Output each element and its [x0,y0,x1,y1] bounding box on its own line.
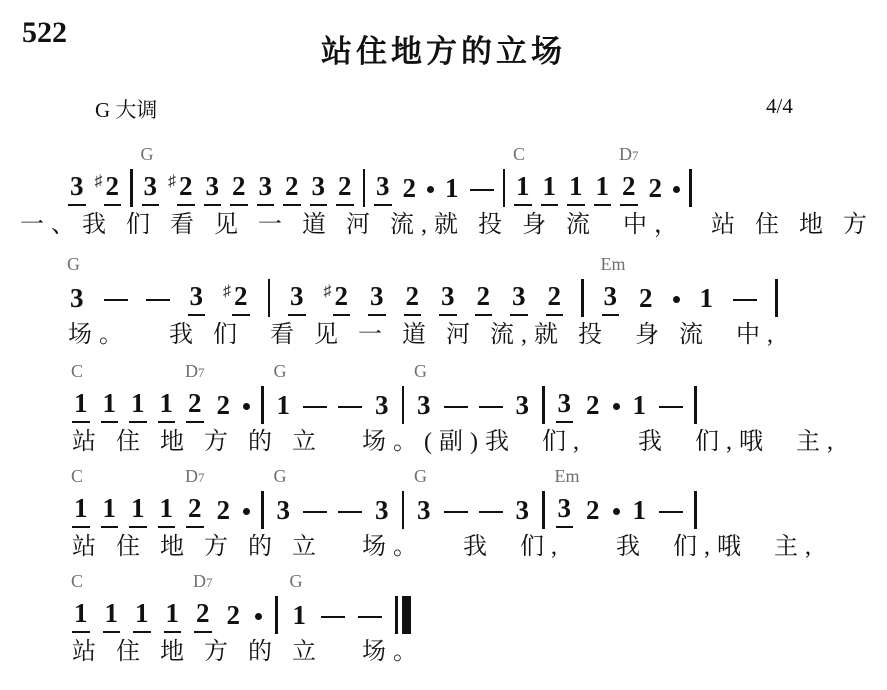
chord-label: G [274,467,287,485]
notation-line: C1111D722G33G33Em321 [72,462,818,528]
note-token: D72 [620,166,638,206]
sharp-icon: ♯ [223,284,231,300]
note-token: 2 [584,488,602,528]
note-token: 2 [215,383,233,423]
note-token: 2 [404,276,422,316]
note-token: 3 [204,166,222,206]
chord-label: Em [601,255,626,273]
note-token: 1 [594,166,612,206]
note-token: ♯2 [168,166,195,206]
barline [402,383,405,423]
chord-label: G [274,362,287,380]
note-token: 3 [68,166,86,206]
note-token: 3 [510,276,528,316]
music-system: C1111D722G13G33321 站 住 地 方 的 立 场。(副)我 们,… [72,357,840,457]
duration-dash [733,276,757,316]
chord-label: D7 [193,572,213,590]
note-token: G3 [68,276,86,316]
lyrics-line: 站 住 地 方 的 立 场。(副)我 们, 我 们,哦 主, [72,428,840,457]
note-token: Em3 [556,488,574,528]
note-token: 2 [230,166,248,206]
note-token: 1 [631,488,649,528]
note-token: 1 [631,383,649,423]
augmentation-dot [613,488,620,528]
note-token: G1 [291,593,309,633]
duration-dash [444,383,468,423]
augmentation-dot [243,383,250,423]
note-token: 1 [101,383,119,423]
final-barline [395,593,411,633]
note-token: 3 [310,166,328,206]
barline [542,383,545,423]
note-token: G3 [142,166,160,206]
note-token: 2 [225,593,243,633]
duration-dash [358,593,382,633]
note-token: ♯2 [95,166,122,206]
note-token: 2 [475,276,493,316]
note-token: C1 [72,593,90,633]
chord-label: D7 [619,145,639,163]
note-token: G3 [275,488,293,528]
time-signature: 4/4 [766,94,793,119]
note-token: D72 [186,488,204,528]
chord-label: G [67,255,80,273]
duration-dash [303,488,327,528]
chord-label: D7 [185,467,205,485]
note-token: 3 [373,383,391,423]
note-token: 1 [443,166,461,206]
lyrics-line: 站 住 地 方 的 立 场。 [72,638,424,667]
duration-dash [659,488,683,528]
notation-line: C1111D722G13G33321 [72,357,840,423]
music-system: C1111D722G33G33Em321 站 住 地 方 的 立 场。 我 们,… [72,462,818,562]
note-token: 1 [158,488,176,528]
augmentation-dot [613,383,620,423]
note-token: 2 [283,166,301,206]
note-token: 2 [637,276,655,316]
duration-dash [444,488,468,528]
chord-label: C [71,467,83,485]
barline [261,488,264,528]
augmentation-dot [427,166,434,206]
barline [581,276,584,316]
note-token: G1 [275,383,293,423]
note-token: 1 [567,166,585,206]
note-token: 3 [373,488,391,528]
barline [542,488,545,528]
duration-dash [479,383,503,423]
note-token: G3 [415,488,433,528]
augmentation-dot [673,276,680,316]
note-token: ♯2 [223,276,250,316]
chord-label: D7 [185,362,205,380]
augmentation-dot [673,166,680,206]
note-token: D72 [194,593,212,633]
duration-dash [104,276,128,316]
music-system: C1111D722G1 站 住 地 方 的 立 场。 [72,567,424,667]
chord-label: C [71,362,83,380]
note-token: D72 [186,383,204,423]
sharp-icon: ♯ [324,284,332,300]
barline [363,166,366,206]
barline [775,276,778,316]
sharp-icon: ♯ [95,174,103,190]
barline [689,166,692,206]
notation-line: 3♯2G3♯2323232321C1111D722 [68,140,887,206]
lyrics-line: 场。 我 们 看 见 一 道 河 流,就 投 身 流 中, [68,321,796,350]
music-system: G33♯23♯2323232Em321 场。 我 们 看 见 一 道 河 流,就… [68,250,796,350]
barline [275,593,278,633]
barline [130,166,133,206]
note-token: 2 [584,383,602,423]
note-token: 3 [257,166,275,206]
note-token: 3 [374,166,392,206]
barline [402,488,405,528]
barline [694,383,697,423]
note-token: 2 [546,276,564,316]
sharp-icon: ♯ [168,174,176,190]
duration-dash [659,383,683,423]
music-system: 3♯2G3♯2323232321C1111D722 一、我 们 看 见 一 道 … [68,140,887,240]
note-token: 3 [288,276,306,316]
note-token: 3 [439,276,457,316]
note-token: 1 [101,488,119,528]
duration-dash [470,166,494,206]
note-token: 3 [514,488,532,528]
augmentation-dot [243,488,250,528]
duration-dash [321,593,345,633]
note-token: 1 [129,488,147,528]
augmentation-dot [255,593,262,633]
sheet-music-page: 522 站住地方的立场 G 大调 4/4 3♯2G3♯2323232321C11… [0,0,887,690]
note-token: 2 [215,488,233,528]
note-token: Em3 [602,276,620,316]
chord-label: G [414,467,427,485]
barline [503,166,506,206]
note-token: 1 [133,593,151,633]
note-token: 2 [336,166,354,206]
chord-label: G [141,145,154,163]
note-token: 1 [698,276,716,316]
duration-dash [303,383,327,423]
chord-label: G [290,572,303,590]
note-token: 1 [103,593,121,633]
chord-label: C [513,145,525,163]
notation-line: C1111D722G1 [72,567,424,633]
note-token: 3 [368,276,386,316]
note-token: 3 [514,383,532,423]
note-token: ♯2 [324,276,351,316]
note-token: 3 [556,383,574,423]
key-signature: G 大调 [95,94,157,124]
note-token: 3 [188,276,206,316]
note-token: C1 [514,166,532,206]
note-token: 2 [647,166,665,206]
note-token: 1 [158,383,176,423]
duration-dash [338,488,362,528]
note-token: G3 [415,383,433,423]
note-token: 1 [164,593,182,633]
lyrics-line: 站 住 地 方 的 立 场。 我 们, 我 们,哦 主, [72,533,818,562]
chord-label: G [414,362,427,380]
notation-line: G33♯23♯2323232Em321 [68,250,796,316]
chord-label: C [71,572,83,590]
note-token: 2 [401,166,419,206]
duration-dash [479,488,503,528]
barline [261,383,264,423]
duration-dash [146,276,170,316]
note-token: 1 [129,383,147,423]
song-title: 站住地方的立场 [0,26,887,71]
note-token: C1 [72,383,90,423]
lyrics-line: 一、我 们 看 见 一 道 河 流,就 投 身 流 中， 站 住 地 方 的 立 [20,211,887,240]
chord-label: Em [555,467,580,485]
duration-dash [338,383,362,423]
barline [694,488,697,528]
note-token: 1 [541,166,559,206]
barline [268,276,271,316]
note-token: C1 [72,488,90,528]
